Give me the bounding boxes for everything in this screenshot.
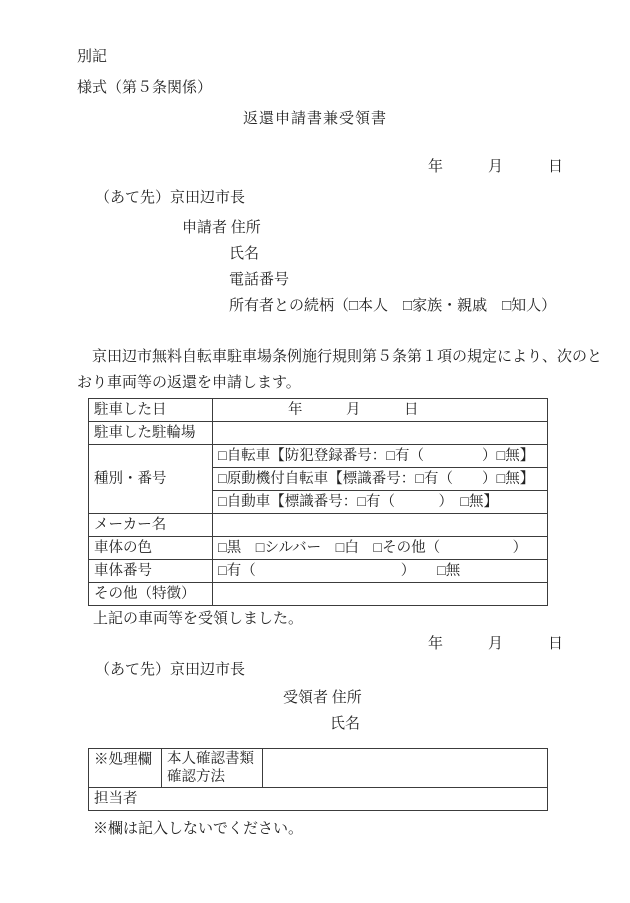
- receiver-address-line: 受領者 住所: [283, 688, 362, 708]
- type-moped-cell: □原動機付自転車【標識番号：□有（ ）□無】: [213, 468, 548, 491]
- receipt-statement: 上記の車両等を受領しました。: [93, 609, 303, 629]
- table-row: 車体の色 □黒 □シルバー □白 □その他（ ）: [89, 537, 548, 560]
- body-color-value-cell: □黒 □シルバー □白 □その他（ ）: [213, 537, 548, 560]
- parking-lot-value-cell: [213, 422, 548, 445]
- processing-header-cell: ※処理欄: [89, 749, 162, 788]
- processing-table: ※処理欄 本人確認書類確認方法 担当者: [88, 748, 548, 811]
- application-statement-line2: おり車両等の返還を申請します。: [77, 373, 301, 393]
- body-number-label-cell: 車体番号: [89, 560, 213, 583]
- style-note: 様式（第５条関係）: [77, 78, 212, 98]
- maker-label-cell: メーカー名: [89, 514, 213, 537]
- owner-relation-line: 所有者との続柄（□本人 □家族・親戚 □知人）: [229, 296, 556, 316]
- type-car-cell: □自動車【標識番号：□有（ ） □無】: [213, 491, 548, 514]
- table-row: ※処理欄 本人確認書類確認方法: [89, 749, 548, 788]
- other-features-label-cell: その他（特徴）: [89, 583, 213, 606]
- parked-date-label-cell: 駐車した日: [89, 399, 213, 422]
- other-features-value-cell: [213, 583, 548, 606]
- parked-date-value-cell: 年 月 日: [213, 399, 548, 422]
- staff-cell: 担当者: [89, 788, 548, 811]
- application-date-line: 年 月 日: [428, 157, 563, 177]
- type-bicycle-cell: □自転車【防犯登録番号：□有（ ）□無】: [213, 445, 548, 468]
- table-row: メーカー名: [89, 514, 548, 537]
- type-number-label-cell: 種別・番号: [89, 445, 213, 514]
- applicant-name-line: 氏名: [229, 244, 259, 264]
- application-statement-line1: 京田辺市無料自転車駐車場条例施行規則第５条第１項の規定により、次のと: [77, 347, 602, 367]
- application-addressee: （あて先）京田辺市長: [95, 188, 245, 208]
- table-row: 担当者: [89, 788, 548, 811]
- maker-value-cell: [213, 514, 548, 537]
- receiver-name-line: 氏名: [330, 714, 360, 734]
- table-row: 駐車した日 年 月 日: [89, 399, 548, 422]
- document-page: 別記 様式（第５条関係） 返還申請書兼受領書 年 月 日 （あて先）京田辺市長 …: [0, 0, 630, 903]
- receipt-addressee: （あて先）京田辺市長: [95, 660, 245, 680]
- fill-in-note: ※欄は記入しないでください。: [93, 819, 303, 839]
- body-number-value-cell: □有（ ） □無: [213, 560, 548, 583]
- body-color-label-cell: 車体の色: [89, 537, 213, 560]
- table-row: 車体番号 □有（ ） □無: [89, 560, 548, 583]
- form-title: 返還申請書兼受領書: [0, 109, 630, 129]
- table-row: その他（特徴）: [89, 583, 548, 606]
- receipt-date-line: 年 月 日: [428, 634, 563, 654]
- vehicle-table: 駐車した日 年 月 日 駐車した駐輪場 種別・番号 □自転車【防犯登録番号：□有…: [88, 398, 548, 606]
- parking-lot-label-cell: 駐車した駐輪場: [89, 422, 213, 445]
- table-row: 種別・番号 □自転車【防犯登録番号：□有（ ）□無】: [89, 445, 548, 468]
- margin-note: 別記: [77, 47, 107, 67]
- id-check-method-value-cell: [263, 749, 548, 788]
- applicant-phone-line: 電話番号: [229, 270, 289, 290]
- id-check-method-label-cell: 本人確認書類確認方法: [162, 749, 263, 788]
- table-row: 駐車した駐輪場: [89, 422, 548, 445]
- applicant-address-line: 申請者 住所: [182, 218, 261, 238]
